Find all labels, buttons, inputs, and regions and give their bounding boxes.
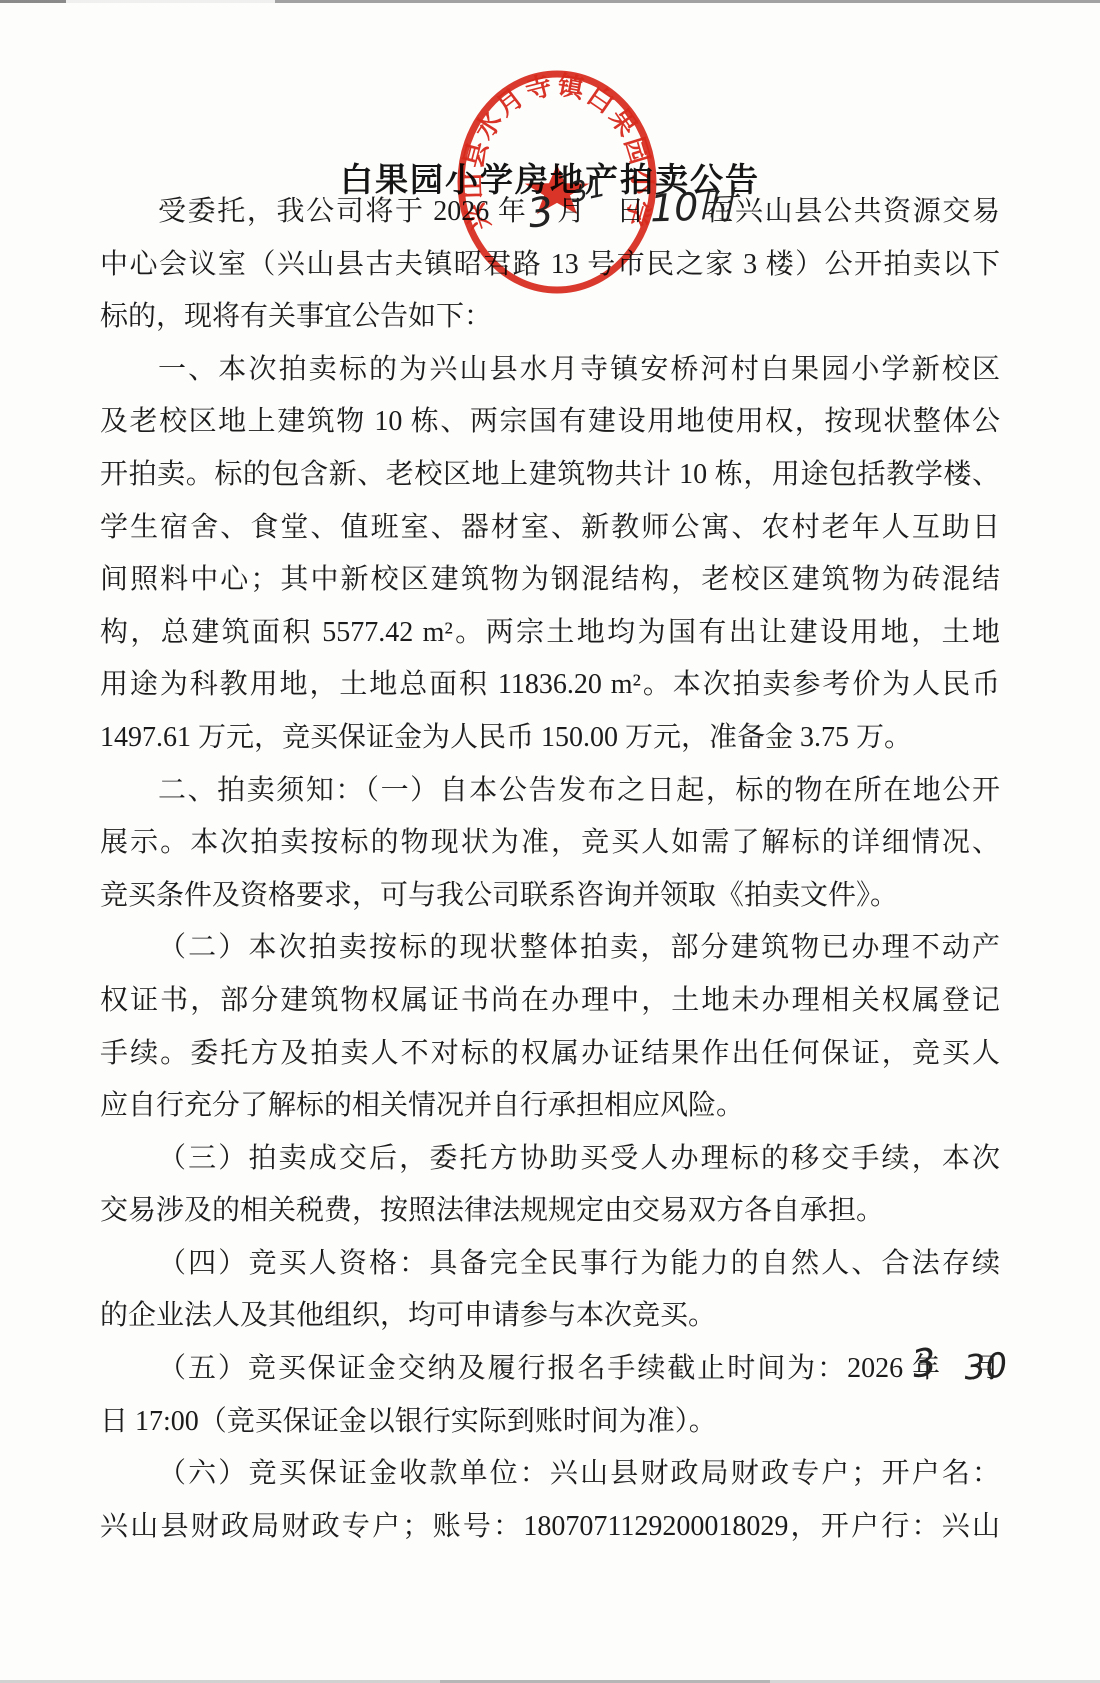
text-line: 标的，现将有关事宜公告如下： — [100, 291, 1000, 344]
text-line: 应自行充分了解标的相关情况并自行承担相应风险。 — [100, 1080, 1000, 1133]
text-line: 及老校区地上建筑物 10 栋、两宗国有建设用地使用权，按现状整体公 — [100, 396, 1000, 449]
text-line: 学生宿舍、食堂、值班室、器材室、新教师公寓、农村老年人互助日 — [100, 502, 1000, 555]
text-line: 开拍卖。标的包含新、老校区地上建筑物共计 10 栋，用途包括教学楼、 — [100, 449, 1000, 502]
text-line: 兴山县财政局财政专户；账号：1807071129200018029，开户行：兴山 — [100, 1501, 1000, 1554]
text-line: 构，总建筑面积 5577.42 m²。两宗土地均为国有出让建设用地，土地 — [100, 607, 1000, 660]
text-line: 间照料中心；其中新校区建筑物为钢混结构，老校区建筑物为砖混结 — [100, 554, 1000, 607]
text-line: 二、拍卖须知：（一）自本公告发布之日起，标的物在所在地公开 — [100, 765, 1000, 818]
text-line: 1497.61 万元，竞买保证金为人民币 150.00 万元，准备金 3.75 … — [100, 712, 1000, 765]
text-line: 日 17:00（竞买保证金以银行实际到账时间为准）。 — [100, 1396, 1000, 1449]
handwritten-annotation: 30 — [963, 1349, 1009, 1386]
scanned-document-page: 白果园小学房地产拍卖公告 受委托，我公司将于 2026 年 月 日 在兴山县公共… — [0, 0, 1100, 1683]
text-line: 用途为科教用地，土地总面积 11836.20 m²。本次拍卖参考价为人民币 — [100, 659, 1000, 712]
text-line: 竞买条件及资格要求，可与我公司联系咨询并领取《拍卖文件》。 — [100, 870, 1000, 923]
text-line: （二）本次拍卖按标的现状整体拍卖，部分建筑物已办理不动产 — [100, 922, 1000, 975]
text-line: （四）竞买人资格：具备完全民事行为能力的自然人、合法存续 — [100, 1238, 1000, 1291]
text-line: 的企业法人及其他组织，均可申请参与本次竞买。 — [100, 1290, 1000, 1343]
text-line: 一、本次拍卖标的为兴山县水月寺镇安桥河村白果园小学新校区 — [100, 344, 1000, 397]
handwritten-annotation: 3 — [909, 1343, 938, 1384]
text-line: 交易涉及的相关税费，按照法律法规规定由交易双方各自承担。 — [100, 1185, 1000, 1238]
text-line: 权证书，部分建筑物权属证书尚在办理中，土地未办理相关权属登记 — [100, 975, 1000, 1028]
handwritten-annotation: 31 — [567, 173, 608, 208]
text-line: （六）竞买保证金收款单位：兴山县财政局财政专户；开户名： — [100, 1448, 1000, 1501]
handwritten-annotation: 10时 — [649, 187, 737, 228]
text-line: （三）拍卖成交后，委托方协助买受人办理标的移交手续，本次 — [100, 1133, 1000, 1186]
text-line: 展示。本次拍卖按标的物现状为准，竞买人如需了解标的详细情况、 — [100, 817, 1000, 870]
text-line: （五）竞买保证金交纳及履行报名手续截止时间为：2026 年 月 — [100, 1343, 1000, 1396]
text-line: 中心会议室（兴山县古夫镇昭君路 13 号市民之家 3 楼）公开拍卖以下 — [100, 239, 1000, 292]
handwritten-annotation: 3 — [525, 191, 556, 234]
text-line: 手续。委托方及拍卖人不对标的权属办证结果作出任何保证，竞买人 — [100, 1028, 1000, 1081]
scan-edge-artifact-top — [0, 0, 1100, 3]
document-body: 受委托，我公司将于 2026 年 月 日 在兴山县公共资源交易中心会议室（兴山县… — [100, 186, 1000, 1553]
